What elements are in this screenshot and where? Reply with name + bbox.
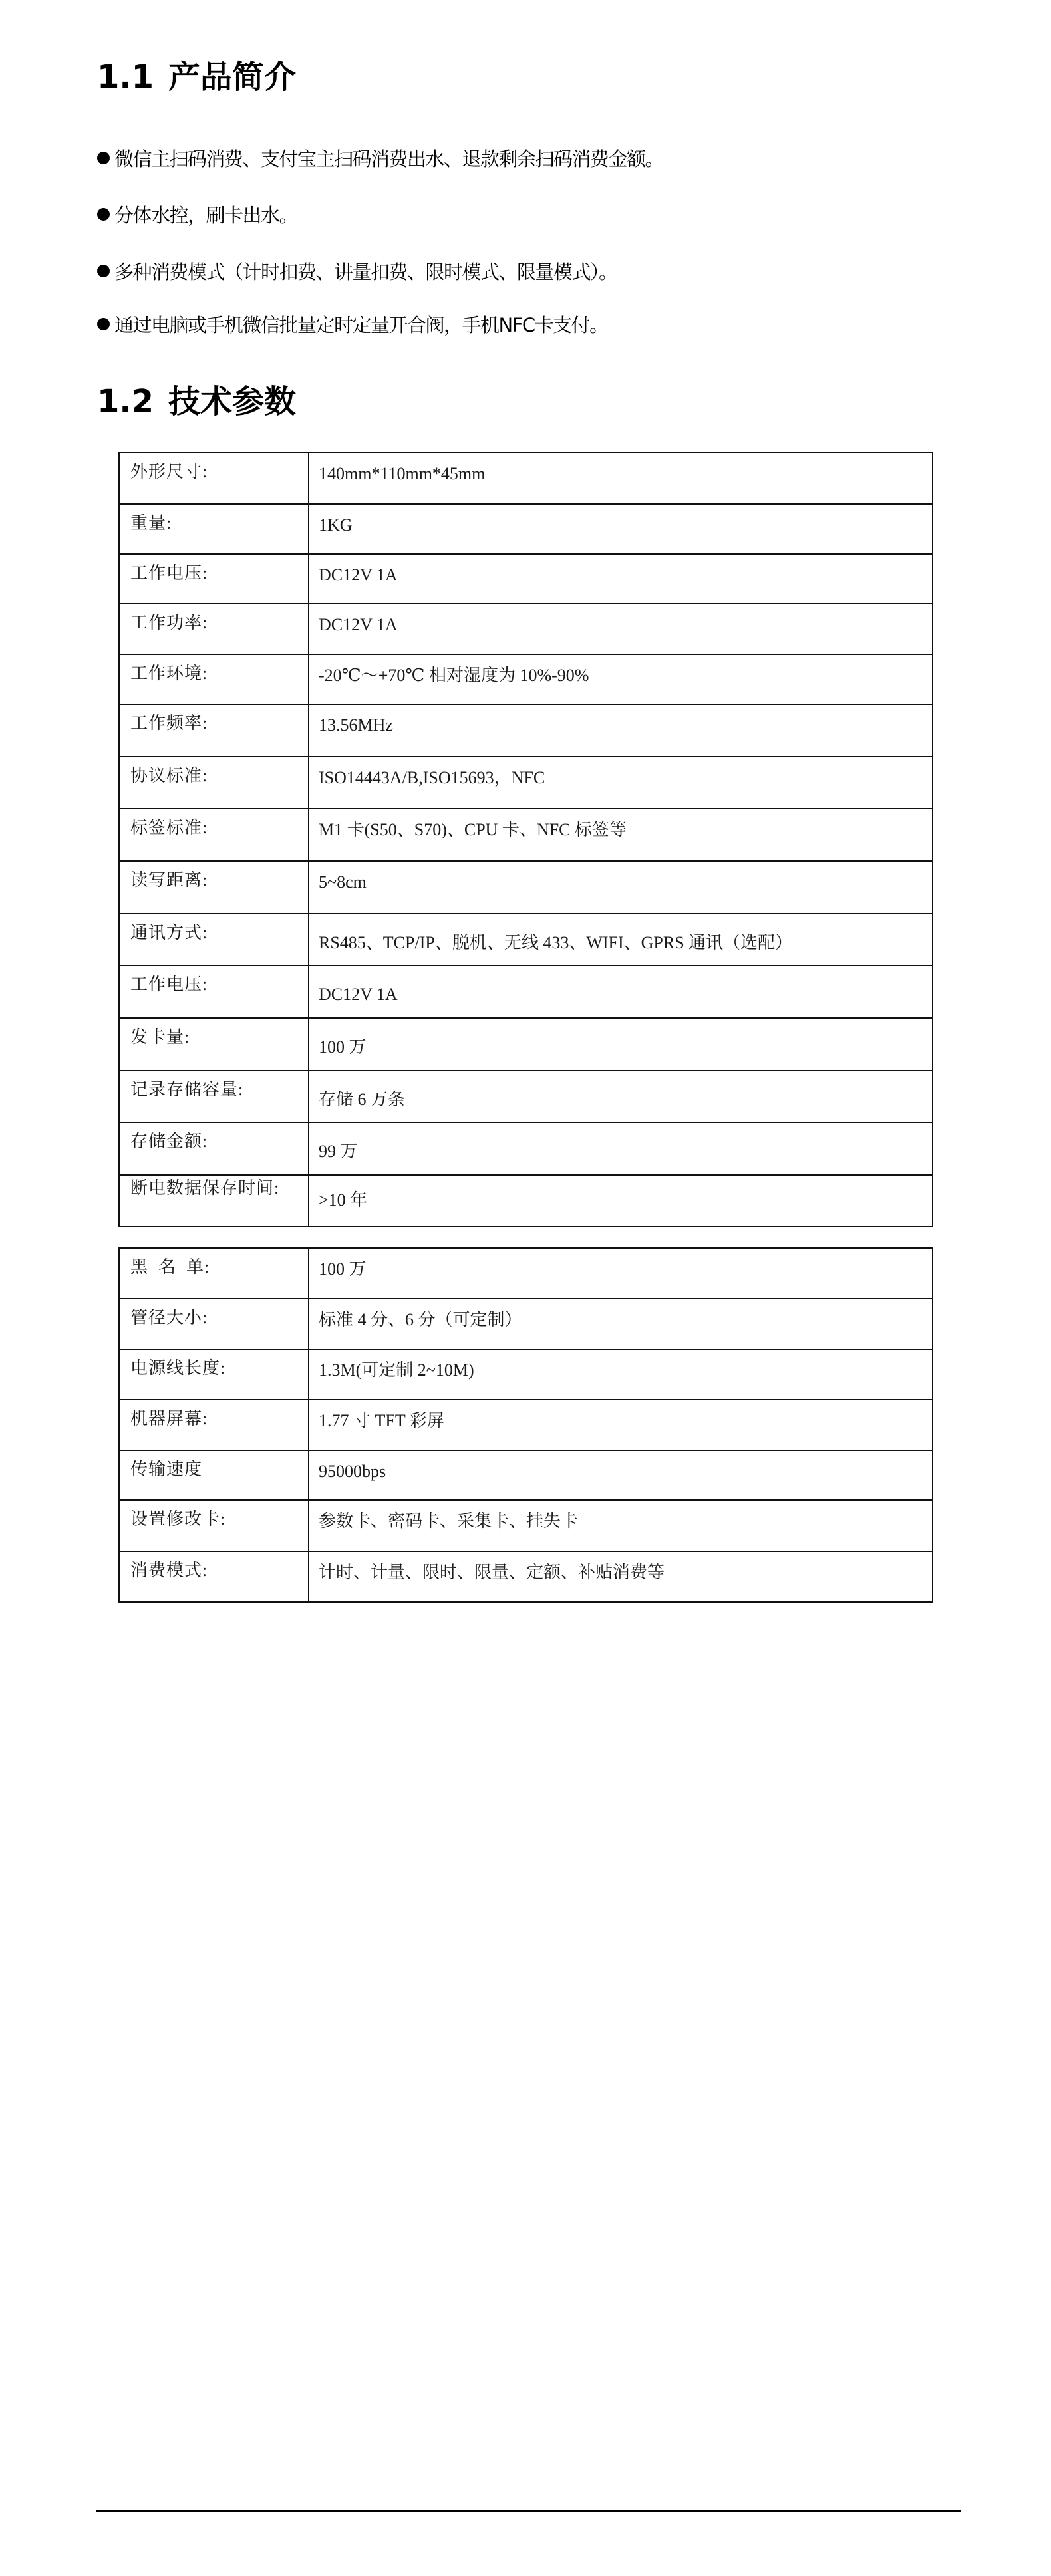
spec-value: 100 万 — [309, 1018, 933, 1071]
spec-label: 电源线长度: — [119, 1349, 309, 1400]
spec-value: DC12V 1A — [309, 966, 933, 1018]
table-row: 工作功率: DC12V 1A — [119, 604, 933, 654]
spec-value: RS485、TCP/IP、脱机、无线 433、WIFI、GPRS 通讯（选配） — [309, 914, 933, 966]
spec-label: 管径大小: — [119, 1299, 309, 1349]
table-row: 外形尺寸: 140mm*110mm*45mm — [119, 453, 933, 504]
bullet-item: 通过电脑或手机微信批量定时定量开合阀，手机NFC卡支付。 — [97, 311, 608, 337]
table-row: 传输速度 95000bps — [119, 1450, 933, 1500]
spec-label: 黑 名 单: — [119, 1248, 309, 1299]
spec-value: >10 年 — [309, 1175, 933, 1227]
spec-value: 参数卡、密码卡、采集卡、挂失卡 — [309, 1500, 933, 1551]
table-row: 管径大小: 标准 4 分、6 分（可定制） — [119, 1299, 933, 1349]
table-row: 读写距离: 5~8cm — [119, 861, 933, 914]
bullet-item: 微信主扫码消费、支付宝主扫码消费出水、退款剩余扫码消费金额。 — [97, 144, 663, 171]
spec-value: 140mm*110mm*45mm — [309, 453, 933, 504]
table-row: 消费模式: 计时、计量、限时、限量、定额、补贴消费等 — [119, 1551, 933, 1602]
spec-label: 协议标准: — [119, 757, 309, 809]
table-row: 设置修改卡: 参数卡、密码卡、采集卡、挂失卡 — [119, 1500, 933, 1551]
table-row: 通讯方式: RS485、TCP/IP、脱机、无线 433、WIFI、GPRS 通… — [119, 914, 933, 966]
table-row: 重量: 1KG — [119, 504, 933, 554]
spec-value: DC12V 1A — [309, 554, 933, 604]
bullet-text: 微信主扫码消费、支付宝主扫码消费出水、退款剩余扫码消费金额。 — [114, 144, 663, 172]
section-number: 1.1 — [97, 59, 154, 96]
spec-value: 标准 4 分、6 分（可定制） — [309, 1299, 933, 1349]
footer-divider — [96, 2510, 961, 2512]
spec-label: 工作频率: — [119, 704, 309, 757]
spec-value: 13.56MHz — [309, 704, 933, 757]
spec-label: 工作电压: — [119, 554, 309, 604]
spec-label: 设置修改卡: — [119, 1500, 309, 1551]
table-row: 工作电压: DC12V 1A — [119, 554, 933, 604]
bullet-text: 分体水控，刷卡出水。 — [114, 201, 297, 228]
spec-label: 读写距离: — [119, 861, 309, 914]
table-row: 工作电压: DC12V 1A — [119, 966, 933, 1018]
spec-value: 计时、计量、限时、限量、定额、补贴消费等 — [309, 1551, 933, 1602]
table-row: 黑 名 单: 100 万 — [119, 1248, 933, 1299]
bullet-item: 分体水控，刷卡出水。 — [97, 201, 297, 227]
spec-value: 存储 6 万条 — [309, 1071, 933, 1122]
bullet-dot-icon — [97, 265, 110, 277]
table-row: 工作频率: 13.56MHz — [119, 704, 933, 757]
spec-value: ISO14443A/B,ISO15693，NFC — [309, 757, 933, 809]
spec-label: 存储金额: — [119, 1122, 309, 1175]
spec-label: 消费模式: — [119, 1551, 309, 1602]
spec-label: 传输速度 — [119, 1450, 309, 1500]
spec-value: 100 万 — [309, 1248, 933, 1299]
section-title: 技术参数 — [168, 383, 296, 420]
spec-label: 发卡量: — [119, 1018, 309, 1071]
table-row: 记录存储容量: 存储 6 万条 — [119, 1071, 933, 1122]
bullet-dot-icon — [97, 152, 110, 164]
spec-label: 工作环境: — [119, 654, 309, 704]
bullet-text: 多种消费模式（计时扣费、讲量扣费、限时模式、限量模式）。 — [114, 257, 617, 285]
spec-value: M1 卡(S50、S70)、CPU 卡、NFC 标签等 — [309, 809, 933, 861]
spec-value: DC12V 1A — [309, 604, 933, 654]
table-row: 电源线长度: 1.3M(可定制 2~10M) — [119, 1349, 933, 1400]
table-row: 断电数据保存时间: >10 年 — [119, 1175, 933, 1227]
spec-value: -20℃～+70℃ 相对湿度为 10%-90% — [309, 654, 933, 704]
section-title: 产品简介 — [168, 59, 296, 96]
bullet-item: 多种消费模式（计时扣费、讲量扣费、限时模式、限量模式）。 — [97, 257, 617, 284]
table-row: 协议标准: ISO14443A/B,ISO15693，NFC — [119, 757, 933, 809]
table-row: 发卡量: 100 万 — [119, 1018, 933, 1071]
spec-value: 99 万 — [309, 1122, 933, 1175]
spec-label: 断电数据保存时间: — [119, 1175, 309, 1227]
spec-value: 95000bps — [309, 1450, 933, 1500]
spec-value: 1KG — [309, 504, 933, 554]
spec-label: 外形尺寸: — [119, 453, 309, 504]
table-row: 存储金额: 99 万 — [119, 1122, 933, 1175]
spec-value: 1.77 寸 TFT 彩屏 — [309, 1400, 933, 1450]
spec-label: 记录存储容量: — [119, 1071, 309, 1122]
section-heading-product-intro: 1.1产品简介 — [97, 57, 296, 97]
spec-table-extra: 黑 名 单: 100 万 管径大小: 标准 4 分、6 分（可定制） 电源线长度… — [118, 1247, 933, 1603]
spec-value: 1.3M(可定制 2~10M) — [309, 1349, 933, 1400]
table-row: 标签标准: M1 卡(S50、S70)、CPU 卡、NFC 标签等 — [119, 809, 933, 861]
spec-table-main: 外形尺寸: 140mm*110mm*45mm 重量: 1KG 工作电压: DC1… — [118, 452, 933, 1227]
table-row: 工作环境: -20℃～+70℃ 相对湿度为 10%-90% — [119, 654, 933, 704]
spec-label: 工作电压: — [119, 966, 309, 1018]
spec-label: 工作功率: — [119, 604, 309, 654]
spec-value: 5~8cm — [309, 861, 933, 914]
spec-label: 重量: — [119, 504, 309, 554]
bullet-dot-icon — [97, 318, 110, 330]
spec-label: 标签标准: — [119, 809, 309, 861]
spec-label: 机器屏幕: — [119, 1400, 309, 1450]
table-row: 机器屏幕: 1.77 寸 TFT 彩屏 — [119, 1400, 933, 1450]
bullet-dot-icon — [97, 208, 110, 221]
section-number: 1.2 — [97, 383, 154, 420]
bullet-text: 通过电脑或手机微信批量定时定量开合阀，手机NFC卡支付。 — [114, 311, 608, 338]
spec-label: 通讯方式: — [119, 914, 309, 966]
section-heading-tech-specs: 1.2技术参数 — [97, 382, 296, 422]
